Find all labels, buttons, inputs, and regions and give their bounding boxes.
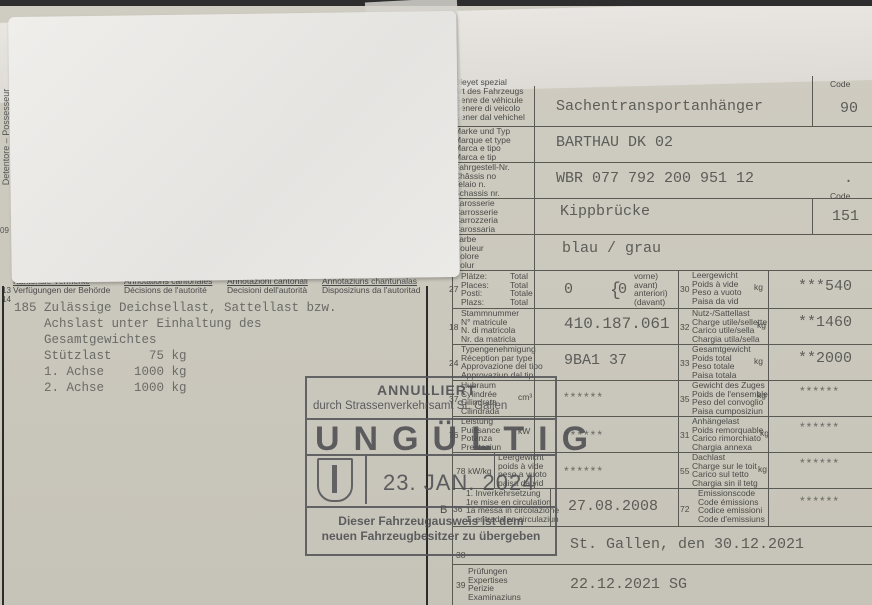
row-register: 18 StammnummerN° matriculeN. di matricol… [452, 308, 872, 345]
total-weight-value: **2000 [798, 350, 852, 367]
power-weight-value: ****** [564, 464, 604, 478]
trailer-load-value: ****** [800, 420, 840, 434]
displacement-value: ****** [564, 390, 604, 404]
row-make-type: Marke und TypMarque et typeMarca e tipoM… [452, 126, 872, 163]
coat-of-arms-icon [317, 458, 353, 502]
place-date-value: St. Gallen, den 30.12.2021 [570, 536, 804, 553]
row-body: KarosserieCarrosserieCarrozzeriaCarossar… [452, 198, 872, 235]
seats-total-value: 0 [564, 281, 573, 298]
payload-value: **1460 [798, 314, 852, 331]
vehicle-type-value: Sachentransportanhänger [556, 98, 763, 115]
row-seats: 27 Plätze:Places:Posti:Plazs: TotalTotal… [452, 270, 872, 309]
register-number-value: 410.187.061 [564, 315, 670, 333]
cancellation-stamp: ANNULLIERT durch Strassenverkehrsamt St.… [305, 376, 557, 556]
inspections-value: 22.12.2021 SG [570, 576, 687, 593]
train-weight-value: ****** [800, 384, 840, 398]
left-border [2, 286, 4, 605]
stamp-date: 23. JAN. 2024 [383, 470, 535, 496]
body-code: 151 [832, 208, 859, 225]
paper-sticker-overlay [8, 11, 460, 283]
row-color: FarbeCouleurColoreColur blau / grau [452, 234, 872, 271]
type-approval-value: 9BA1 37 [564, 352, 627, 369]
chassis-number-value: WBR 077 792 200 951 12 [556, 170, 754, 187]
cantonal-annotations-text: 185 Zulässige Deichsellast, Sattellast b… [14, 300, 337, 396]
emission-code-value: ****** [800, 494, 840, 508]
first-registration-value: 27.08.2008 [568, 498, 658, 515]
annotation-header-rm: Annotaziuns chantunalasDisposiziuns da l… [322, 277, 420, 295]
row-vehicle-type: Art des FahrzeugsGenre de véhiculeGenere… [452, 86, 872, 127]
row-chassis: Fahrgestell-Nr.Châssis noTelaio n.Schass… [452, 162, 872, 199]
body-value: Kippbrücke [560, 203, 650, 220]
side-field-number: 09 [0, 226, 9, 235]
empty-weight-value: ***540 [798, 278, 852, 295]
seats-front-value: 0 [618, 281, 627, 298]
row-inspections: 39 PrüfungenExpertisesPerizieExaminaziun… [452, 564, 872, 605]
vehicle-type-code: 90 [840, 100, 858, 117]
roof-load-value: ****** [800, 456, 840, 470]
make-type-value: BARTHAU DK 02 [556, 134, 673, 151]
color-value: blau / grau [562, 240, 661, 257]
